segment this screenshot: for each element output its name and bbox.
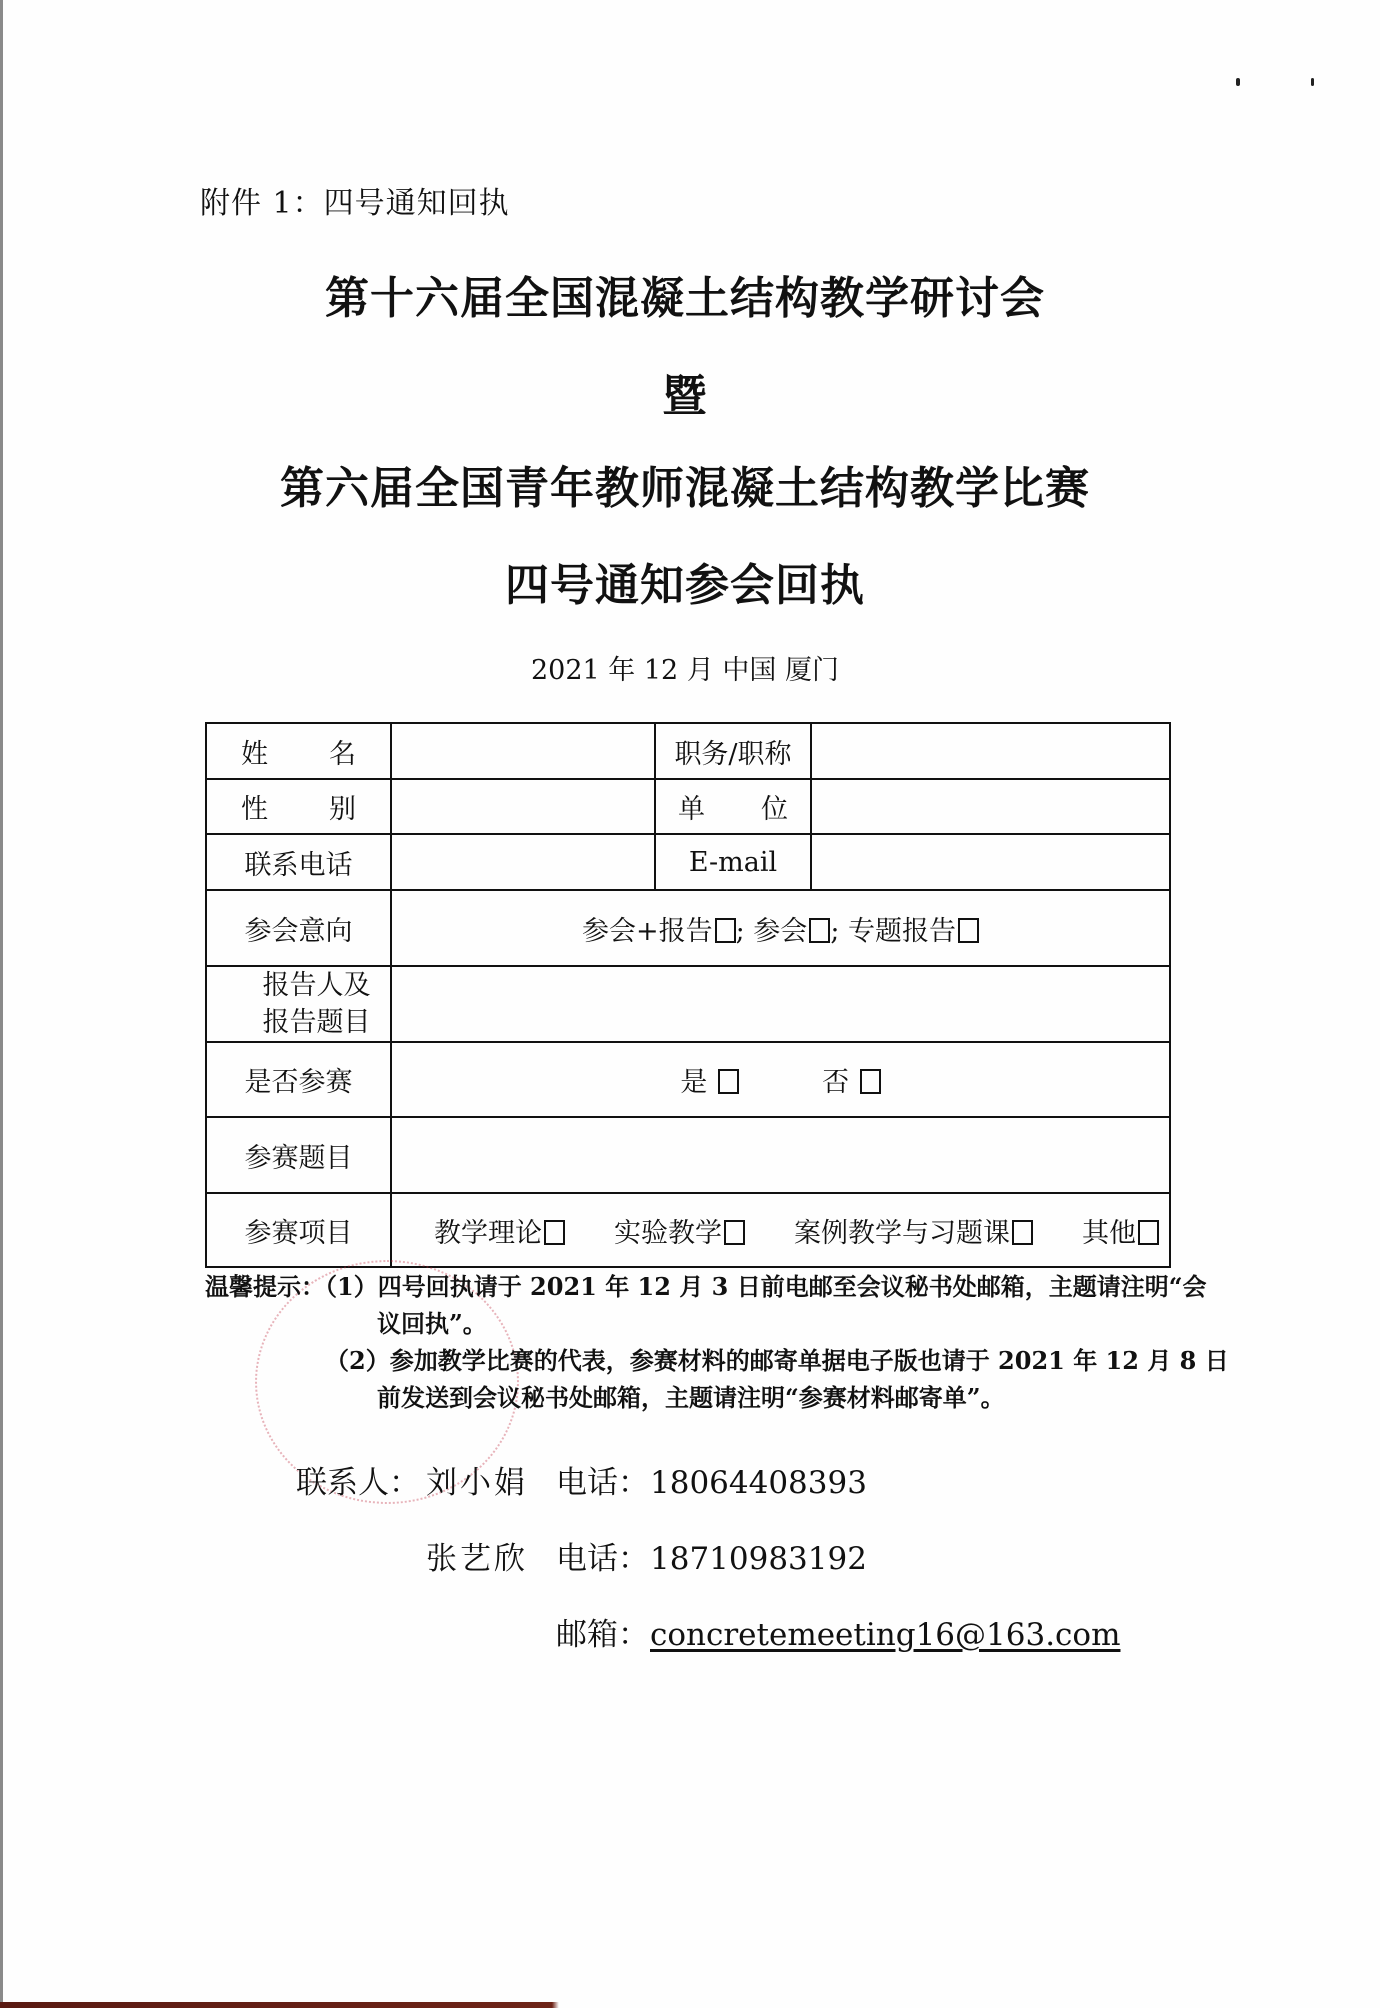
checkbox-teaching-theory[interactable] <box>544 1220 565 1245</box>
category-option-label: 实验教学 <box>614 1218 722 1249</box>
spacer <box>426 1597 556 1673</box>
checkbox-attend-report[interactable] <box>715 918 736 943</box>
reporter-field[interactable] <box>391 966 1170 1042</box>
title-conjunction: 暨 <box>0 360 1370 424</box>
spacer <box>296 1597 426 1673</box>
spacer <box>296 1521 426 1597</box>
topic-field[interactable] <box>391 1117 1170 1193</box>
category-option: 其他 <box>1082 1211 1159 1250</box>
category-options: 教学理论 实验教学 案例教学与习题课 其他 <box>391 1193 1170 1267</box>
category-option: 实验教学 <box>614 1211 745 1250</box>
contact-row: 联系人： 刘小娟 电话： 18064408393 <box>296 1445 1120 1521</box>
note-2: （2）参加教学比赛的代表，参赛材料的邮寄单据电子版也请于 2021 年 12 月… <box>205 1342 1175 1379</box>
registration-form-table: 姓名 职务/职称 性别 单位 联系电话 E-mail 参会意向 参会+报告; <box>205 722 1171 1268</box>
contact-name: 刘小娟 <box>426 1445 556 1521</box>
email-label: E-mail <box>655 834 811 890</box>
position-title-field[interactable] <box>811 723 1170 779</box>
intent-option-label: ; 专题报告 <box>830 916 956 947</box>
intent-option-label: ; 参会 <box>736 916 808 947</box>
intent-option-label: 参会+报告 <box>582 916 713 947</box>
reporter-label: 报告人及 报告题目 <box>206 966 391 1042</box>
position-title-label: 职务/职称 <box>655 723 811 779</box>
checkbox-compete-yes[interactable] <box>718 1069 739 1094</box>
contact-name: 张艺欣 <box>426 1521 556 1597</box>
intent-options: 参会+报告; 参会; 专题报告 <box>391 890 1170 966</box>
category-option: 案例教学与习题课 <box>794 1211 1033 1250</box>
category-option: 教学理论 <box>434 1211 565 1250</box>
category-label: 参赛项目 <box>206 1193 391 1267</box>
phone-field[interactable] <box>391 834 655 890</box>
desk-surface-strip <box>0 2002 1380 2008</box>
note-1: （1）四号回执请于 2021 年 12 月 3 日前电邮至会议秘书处邮箱，主题请… <box>325 1272 1207 1301</box>
checkbox-lab-teaching[interactable] <box>724 1220 745 1245</box>
date-place: 2021 年 12 月 中国 厦门 <box>0 648 1370 687</box>
label-char: 性 <box>241 787 268 826</box>
compete-option-yes-label: 是 <box>680 1067 707 1098</box>
email-link[interactable]: concretemeeting16@163.com <box>650 1597 1120 1673</box>
label-char: 单 <box>678 787 705 826</box>
checkbox-other[interactable] <box>1138 1220 1159 1245</box>
label-char: 别 <box>329 787 356 826</box>
label-char: 名 <box>329 732 356 771</box>
email-row: 邮箱： concretemeeting16@163.com <box>296 1597 1120 1673</box>
category-option-label: 其他 <box>1082 1218 1136 1249</box>
checkbox-attend[interactable] <box>809 918 830 943</box>
unit-field[interactable] <box>811 779 1170 834</box>
email-field[interactable] <box>811 834 1170 890</box>
label-char: 位 <box>761 787 788 826</box>
note-2-cont: 前发送到会议秘书处邮箱，主题请注明“参赛材料邮寄单”。 <box>205 1379 1175 1416</box>
note-1-cont: 议回执”。 <box>205 1305 1175 1342</box>
main-title: 第十六届全国混凝土结构教学研讨会 <box>0 262 1370 326</box>
contact-phone: 18710983192 <box>650 1521 867 1597</box>
phone-tag: 电话： <box>556 1521 650 1597</box>
subtitle: 第六届全国青年教师混凝土结构教学比赛 <box>0 452 1370 516</box>
name-label: 姓名 <box>206 723 391 779</box>
checkbox-case-exercise[interactable] <box>1012 1220 1033 1245</box>
category-option-label: 案例教学与习题课 <box>794 1218 1010 1249</box>
contact-row: 张艺欣 电话： 18710983192 <box>296 1521 1120 1597</box>
reporter-label-line: 报告题目 <box>243 1004 390 1041</box>
compete-label: 是否参赛 <box>206 1042 391 1117</box>
notes-prefix: 温馨提示： <box>205 1272 325 1301</box>
email-tag: 邮箱： <box>556 1597 650 1673</box>
attachment-label: 附件 1：四号通知回执 <box>200 178 510 222</box>
contacts-block: 联系人： 刘小娟 电话： 18064408393 张艺欣 电话： 1871098… <box>296 1445 1120 1673</box>
gender-label: 性别 <box>206 779 391 834</box>
topic-label: 参赛题目 <box>206 1117 391 1193</box>
compete-option-no-label: 否 <box>822 1067 849 1098</box>
document-page: 附件 1：四号通知回执 第十六届全国混凝土结构教学研讨会 暨 第六届全国青年教师… <box>0 0 1380 2008</box>
notes-block: 温馨提示：（1）四号回执请于 2021 年 12 月 3 日前电邮至会议秘书处邮… <box>205 1268 1175 1416</box>
name-field[interactable] <box>391 723 655 779</box>
unit-label: 单位 <box>655 779 811 834</box>
phone-label: 联系电话 <box>206 834 391 890</box>
checkbox-keynote[interactable] <box>958 918 979 943</box>
scan-mark <box>1236 78 1240 86</box>
gender-field[interactable] <box>391 779 655 834</box>
contact-phone: 18064408393 <box>650 1445 867 1521</box>
scan-mark <box>1311 78 1314 86</box>
intent-label: 参会意向 <box>206 890 391 966</box>
label-char: 姓 <box>241 732 268 771</box>
category-option-label: 教学理论 <box>434 1218 542 1249</box>
form-title: 四号通知参会回执 <box>0 549 1370 613</box>
contact-label: 联系人： <box>296 1445 426 1521</box>
phone-tag: 电话： <box>556 1445 650 1521</box>
compete-options: 是 否 <box>391 1042 1170 1117</box>
reporter-label-line: 报告人及 <box>243 967 390 1004</box>
checkbox-compete-no[interactable] <box>860 1069 881 1094</box>
